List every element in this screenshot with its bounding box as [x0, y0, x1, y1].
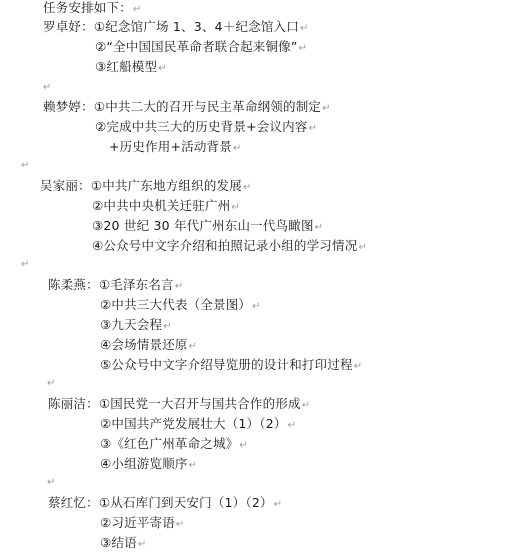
- section-wu-line-2: ②中共中央机关迁驻广州↵: [92, 198, 240, 216]
- member-name: 蔡红忆：: [48, 495, 99, 510]
- paragraph-mark-icon: ↵: [189, 460, 198, 471]
- paragraph-mark-icon: ↵: [163, 321, 172, 332]
- section-chenry-line-1: 陈柔燕：①毛泽东名言↵: [48, 277, 183, 295]
- task-item: ②完成中共三大的历史背景+会议内容: [95, 119, 308, 134]
- section-cai-line-2: ②习近平寄语↵: [100, 515, 185, 533]
- paragraph-mark-icon: ↵: [176, 519, 185, 530]
- paragraph-mark-icon: ↵: [21, 259, 29, 271]
- task-item: ③结语: [100, 535, 137, 550]
- section-luo-line-3: ③红船模型↵: [95, 59, 167, 77]
- paragraph-mark-icon: ↵: [358, 242, 367, 253]
- paragraph-mark-icon: ↵: [309, 123, 318, 134]
- task-item: ③红船模型: [95, 59, 157, 74]
- paragraph-mark-icon: ↵: [274, 499, 283, 510]
- section-wu-line-4: ④公众号中文字介绍和拍照记录小组的学习情况↵: [92, 238, 367, 256]
- heading-text: 任务安排如下：: [43, 0, 132, 15]
- section-cai-line-1: 蔡红忆：①从石库门到天安门（1）（2）↵: [48, 495, 282, 513]
- task-item: ②中国共产党发展壮大（1）（2）: [100, 416, 287, 431]
- task-item: ④公众号中文字介绍和拍照记录小组的学习情况: [92, 238, 357, 253]
- task-item: ①中共广东地方组织的发展: [91, 178, 242, 193]
- paragraph-mark-icon: ↵: [300, 23, 309, 34]
- task-item: ①中共二大的召开与民主革命纲领的制定: [94, 99, 321, 114]
- task-item: ②中共中央机关迁驻广州: [92, 198, 230, 213]
- paragraph-mark-icon: ↵: [299, 43, 308, 54]
- paragraph-mark-icon: ↵: [239, 440, 248, 451]
- section-chenry-line-4: ④会场情景还原↵: [100, 337, 197, 355]
- member-name: 吴家丽：: [40, 178, 91, 193]
- paragraph-mark-icon: ↵: [133, 4, 142, 15]
- task-item: ①国民党一大召开与国共合作的形成: [99, 396, 301, 411]
- task-item: ④小组游览顺序: [100, 456, 188, 471]
- section-chenlj-line-2: ②中国共产党发展壮大（1）（2）↵: [100, 416, 296, 434]
- task-item: ②中共三大代表（全景图）: [100, 297, 251, 312]
- paragraph-mark-icon: ↵: [21, 160, 29, 172]
- paragraph-mark-icon: ↵: [354, 361, 363, 372]
- paragraph-mark-icon: ↵: [322, 103, 331, 114]
- section-chenlj-line-1: 陈丽洁：①国民党一大召开与国共合作的形成↵: [48, 396, 310, 414]
- task-item: +历史作用+活动背景: [109, 139, 232, 154]
- task-item: ③九天会程: [100, 317, 162, 332]
- task-item: ④会场情景还原: [100, 337, 188, 352]
- paragraph-mark-icon: ↵: [288, 420, 297, 431]
- member-name: 陈柔燕：: [48, 277, 99, 292]
- paragraph-mark-icon: ↵: [138, 539, 147, 550]
- section-lai-line-1: 赖梦婷：①中共二大的召开与民主革命纲领的制定↵: [43, 99, 331, 117]
- paragraph-mark-icon: ↵: [243, 182, 252, 193]
- section-chenry-line-5: ⑤公众号中文字介绍导览册的设计和打印过程↵: [100, 357, 362, 375]
- paragraph-mark-icon: ↵: [47, 378, 55, 390]
- paragraph-mark-icon: ↵: [175, 281, 184, 292]
- section-cai-line-3: ③结语↵: [100, 535, 146, 553]
- task-item: ②“全中国国民革命者联合起来铜像”: [95, 39, 298, 54]
- paragraph-mark-icon: ↵: [233, 143, 242, 154]
- member-name: 罗卓妤：: [43, 19, 94, 34]
- task-item: ②习近平寄语: [100, 515, 175, 530]
- section-wu-line-3: ③20 世纪 30 年代广州东山一代鸟瞰图↵: [92, 218, 323, 236]
- section-chenlj-line-3: ③《红色广州革命之城》↵: [100, 436, 248, 454]
- member-name: 陈丽洁：: [48, 396, 99, 411]
- paragraph-mark-icon: ↵: [47, 477, 55, 489]
- task-item: ①从石库门到天安门（1）（2）: [99, 495, 273, 510]
- task-item: ⑤公众号中文字介绍导览册的设计和打印过程: [100, 357, 353, 372]
- section-lai-line-2: ②完成中共三大的历史背景+会议内容↵: [95, 119, 317, 137]
- section-chenry-line-2: ②中共三大代表（全景图）↵: [100, 297, 261, 315]
- paragraph-mark-icon: ↵: [43, 82, 51, 94]
- task-item: ③20 世纪 30 年代广州东山一代鸟瞰图: [92, 218, 314, 233]
- task-item: ①毛泽东名言: [99, 277, 174, 292]
- paragraph-mark-icon: ↵: [231, 202, 240, 213]
- member-name: 赖梦婷：: [43, 99, 94, 114]
- paragraph-mark-icon: ↵: [302, 400, 311, 411]
- section-wu-line-1: 吴家丽：①中共广东地方组织的发展↵: [40, 178, 252, 196]
- section-lai-line-3: +历史作用+活动背景↵: [109, 139, 242, 157]
- section-luo-line-2: ②“全中国国民革命者联合起来铜像”↵: [95, 39, 307, 57]
- section-luo-line-1: 罗卓妤：①纪念馆广场 1、3、4＋纪念馆入口↵: [43, 19, 309, 37]
- paragraph-mark-icon: ↵: [158, 63, 167, 74]
- heading-line: 任务安排如下：↵: [43, 0, 142, 18]
- paragraph-mark-icon: ↵: [189, 341, 198, 352]
- paragraph-mark-icon: ↵: [252, 301, 261, 312]
- task-item: ①纪念馆广场 1、3、4＋纪念馆入口: [94, 19, 299, 34]
- section-chenlj-line-4: ④小组游览顺序↵: [100, 456, 197, 474]
- task-item: ③《红色广州革命之城》: [100, 436, 238, 451]
- paragraph-mark-icon: ↵: [315, 222, 324, 233]
- section-chenry-line-3: ③九天会程↵: [100, 317, 172, 335]
